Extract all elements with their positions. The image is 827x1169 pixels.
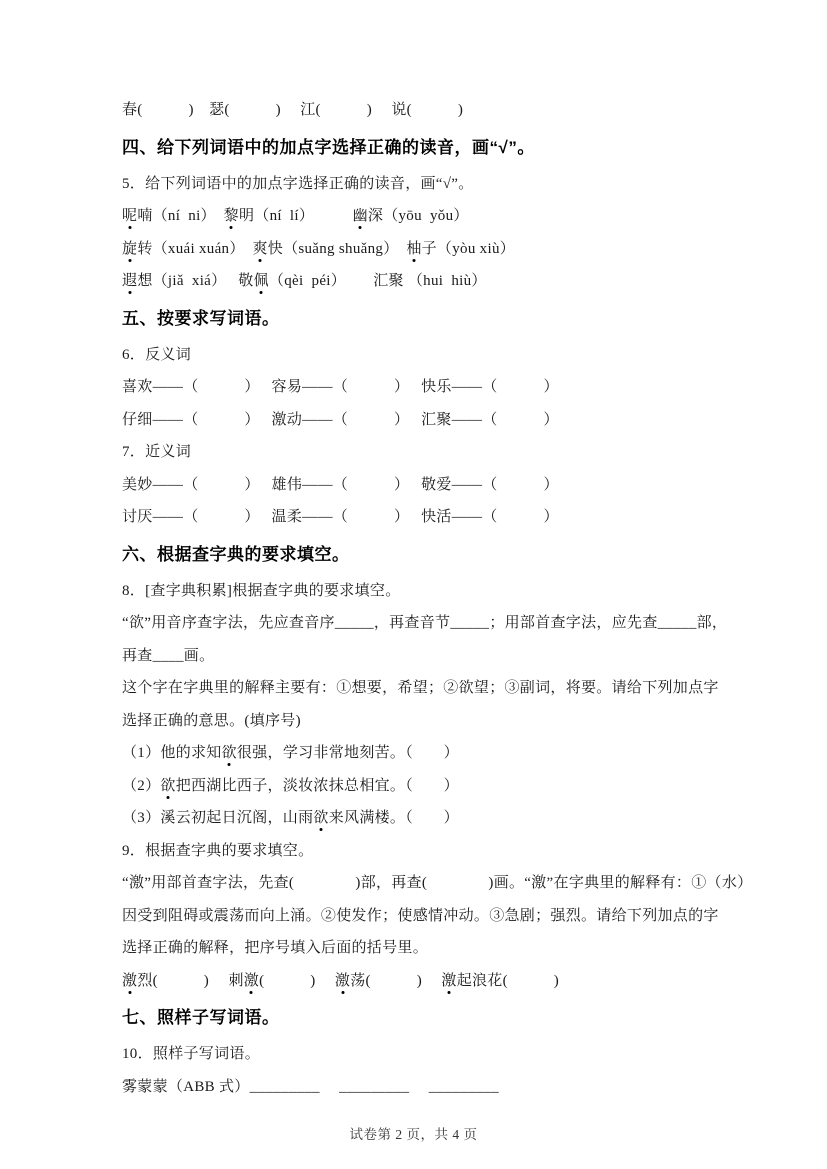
emphasis-dot-char: 黎 <box>224 208 239 224</box>
text-segment: 5．给下列词语中的加点字选择正确的读音，画“√”。 <box>122 176 474 192</box>
text-segment: 六、根据查字典的要求填空。 <box>122 545 350 564</box>
question-9-prompt: 9．根据查字典的要求填空。 <box>122 835 782 868</box>
text-segment: 8．[查字典积累]根据查字典的要求填空。 <box>122 583 401 599</box>
section-heading-6: 六、根据查字典的要求填空。 <box>122 537 782 573</box>
antonym-row-1: 喜欢——（ ） 容易——（ ） 快乐——（ ） <box>122 371 782 404</box>
text-segment: ( ) <box>259 973 335 989</box>
text-segment: 起浪花( ) <box>457 973 559 989</box>
text-segment: 烈( ) 刺 <box>137 973 243 989</box>
text-segment: 仔细——（ ） 激动——（ ） 汇聚——（ ） <box>122 412 559 428</box>
question-9-line-2: 因受到阻碍或震荡而向上涌。②使发作；使感情冲动。③急剧；强烈。请给下列加点的字 <box>122 900 782 933</box>
question-8-item-2: （2）欲把西湖比西子，淡妆浓抹总相宜。（ ） <box>122 770 782 803</box>
text-segment: 很强，学习非常地刻苦。（ ） <box>237 745 459 761</box>
emphasis-dot-char: 柚 <box>406 241 421 257</box>
exam-content: 春( ) 瑟( ) 江( ) 说( )四、给下列词语中的加点字选择正确的读音，画… <box>122 94 782 1103</box>
text-segment: 五、按要求写词语。 <box>122 309 280 328</box>
emphasis-dot-char: 遐 <box>122 273 137 289</box>
text-segment: （1）他的求知 <box>122 745 222 761</box>
section-heading-5: 五、按要求写词语。 <box>122 301 782 337</box>
text-segment: “激”用部首查字法，先查( )部，再查( )画。“激”在字典里的解释有：①（水） <box>122 875 752 891</box>
page-number-text: 试卷第 2 页，共 4 页 <box>350 1127 478 1142</box>
text-segment: （qèi péi） 汇 <box>269 273 389 289</box>
text-segment: 再查____画。 <box>122 648 214 664</box>
text-segment: 春( ) 瑟( ) 江( ) 说( ) <box>122 102 463 118</box>
emphasis-dot-char: 激 <box>122 973 137 989</box>
text-segment: 这个字在字典里的解释主要有：①想要，希望；②欲望；③副词，将要。请给下列加点字 <box>122 680 719 696</box>
text-segment: （3）溪云初起日沉阁，山雨 <box>122 810 313 826</box>
text-segment: （2） <box>122 778 160 794</box>
question-8-line-1: “欲”用音序查字法，先应查音序_____，再查音节_____；用部首查字法，应先… <box>122 607 782 640</box>
text-segment: 选择正确的解释，把序号填入后面的括号里。 <box>122 940 428 956</box>
text-segment: 子（yòu xiù） <box>422 241 515 257</box>
section-heading-4: 四、给下列词语中的加点字选择正确的读音，画“√”。 <box>122 130 782 166</box>
text-segment: 因受到阻碍或震荡而向上涌。②使发作；使感情冲动。③急剧；强烈。请给下列加点的字 <box>122 908 719 924</box>
section-heading-7: 七、照样子写词语。 <box>122 1000 782 1036</box>
text-segment: 快（suǎng shuǎng） <box>268 241 407 257</box>
question-8-prompt: 8．[查字典积累]根据查字典的要求填空。 <box>122 575 782 608</box>
text-segment: “欲”用音序查字法，先应查音序_____，再查音节_____；用部首查字法，应先… <box>122 615 727 631</box>
text-segment: 转（xuái xuán） <box>137 241 252 257</box>
text-segment: 喜欢——（ ） 容易——（ ） 快乐——（ ） <box>122 379 559 395</box>
text-segment: 美妙——（ ） 雄伟——（ ） 敬爱——（ ） <box>122 477 559 493</box>
pinyin-choice-row-1: 呢喃（ní ni） 黎明（ní lí） 幽深（yōu yǒu） <box>122 200 782 233</box>
question-6-prompt: 6．反义词 <box>122 339 782 372</box>
emphasis-dot-char: 欲 <box>313 810 328 826</box>
question-10-example-row: 雾蒙蒙（ABB 式）_________ _________ _________ <box>122 1071 782 1104</box>
text-segment: 想（jiǎ xiá） 敬 <box>137 273 253 289</box>
synonym-row-1: 美妙——（ ） 雄伟——（ ） 敬爱——（ ） <box>122 469 782 502</box>
text-segment: 明（ní lí） <box>239 208 353 224</box>
text-segment: 聚 （hui hiù） <box>389 273 487 289</box>
text-segment: 把西湖比西子，淡妆浓抹总相宜。（ ） <box>176 778 459 794</box>
text-segment: 7．近义词 <box>122 444 191 460</box>
question-8-line-2: 再查____画。 <box>122 640 782 673</box>
question-7-prompt: 7．近义词 <box>122 436 782 469</box>
emphasis-dot-char: 激 <box>441 973 456 989</box>
pinyin-choice-row-2: 旋转（xuái xuán） 爽快（suǎng shuǎng） 柚子（yòu xi… <box>122 233 782 266</box>
antonym-row-2: 仔细——（ ） 激动——（ ） 汇聚——（ ） <box>122 404 782 437</box>
text-segment: 讨厌——（ ） 温柔——（ ） 快活——（ ） <box>122 509 559 525</box>
question-5-prompt: 5．给下列词语中的加点字选择正确的读音，画“√”。 <box>122 168 782 201</box>
emphasis-dot-char: 激 <box>335 973 350 989</box>
text-segment: 选择正确的意思。(填序号) <box>122 713 301 729</box>
text-segment: 深（yōu yǒu） <box>368 208 469 224</box>
emphasis-dot-char: 激 <box>244 973 259 989</box>
emphasis-dot-char: 旋 <box>122 241 137 257</box>
question-9-word-row: 激烈( ) 刺激( ) 激荡( ) 激起浪花( ) <box>122 965 782 998</box>
emphasis-dot-char: 欲 <box>160 778 175 794</box>
text-segment: 七、照样子写词语。 <box>122 1008 280 1027</box>
word-fill-row-chun-se-jiang-shuo: 春( ) 瑟( ) 江( ) 说( ) <box>122 94 782 127</box>
text-segment: 四、给下列词语中的加点字选择正确的读音，画“√”。 <box>122 138 535 157</box>
emphasis-dot-char: 佩 <box>254 273 269 289</box>
text-segment: 6．反义词 <box>122 347 191 363</box>
text-segment: 10．照样子写词语。 <box>122 1046 260 1062</box>
text-segment: 来风满楼。（ ） <box>329 810 459 826</box>
page-footer: 试卷第 2 页，共 4 页 <box>0 1123 827 1143</box>
question-10-prompt: 10．照样子写词语。 <box>122 1038 782 1071</box>
question-8-item-1: （1）他的求知欲很强，学习非常地刻苦。（ ） <box>122 737 782 770</box>
synonym-row-2: 讨厌——（ ） 温柔——（ ） 快活——（ ） <box>122 501 782 534</box>
question-8-definitions: 这个字在字典里的解释主要有：①想要，希望；②欲望；③副词，将要。请给下列加点字 <box>122 672 782 705</box>
question-8-item-3: （3）溪云初起日沉阁，山雨欲来风满楼。（ ） <box>122 802 782 835</box>
text-segment: 9．根据查字典的要求填空。 <box>122 843 313 859</box>
question-9-line-3: 选择正确的解释，把序号填入后面的括号里。 <box>122 932 782 965</box>
exam-page: 春( ) 瑟( ) 江( ) 说( )四、给下列词语中的加点字选择正确的读音，画… <box>0 0 827 1169</box>
question-8-definitions-2: 选择正确的意思。(填序号) <box>122 705 782 738</box>
emphasis-dot-char: 爽 <box>252 241 267 257</box>
emphasis-dot-char: 呢 <box>122 208 137 224</box>
emphasis-dot-char: 幽 <box>353 208 368 224</box>
question-9-line-1: “激”用部首查字法，先查( )部，再查( )画。“激”在字典里的解释有：①（水） <box>122 867 782 900</box>
pinyin-choice-row-3: 遐想（jiǎ xiá） 敬佩（qèi péi） 汇聚 （hui hiù） <box>122 265 782 298</box>
text-segment: 喃（ní ni） <box>137 208 223 224</box>
text-segment: 雾蒙蒙（ABB 式）_________ _________ _________ <box>122 1079 499 1095</box>
text-segment: 荡( ) <box>350 973 441 989</box>
emphasis-dot-char: 欲 <box>222 745 237 761</box>
